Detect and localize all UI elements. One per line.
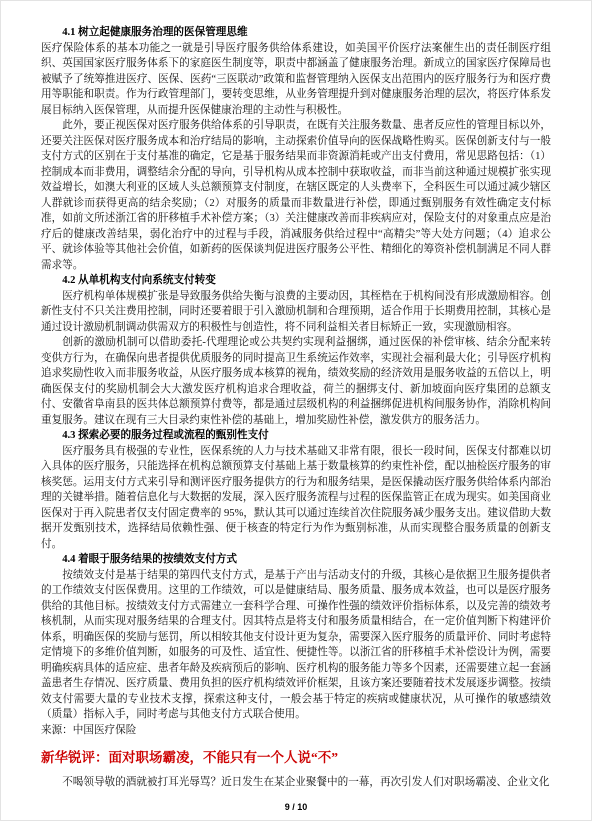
- paragraph: 按绩效支付是基于结果的第四代支付方式，是基于产出与活动支付的升级，其核心是依据卫…: [41, 568, 551, 723]
- article-news-commentary: 新华锐评：面对职场霸凌，不能只有一个人说“不” 不喝领导敬的酒就被打耳光辱骂？近…: [41, 747, 551, 791]
- paragraph: 医疗机构单体规模扩张是导致服务供给失衡与浪费的主要动因，其桎梏在于机构间没有形成…: [41, 289, 551, 336]
- page-number: 9 / 10: [41, 802, 551, 812]
- source-attribution: 来源：中国医疗保险: [41, 723, 551, 739]
- paragraph: 创新的激励机制可以借助委托-代理理论或公共契约实现利益捆绑，通过医保的补偿审核、…: [41, 335, 551, 428]
- paragraph: 此外，要正视医保对医疗服务供给体系的引导职责，在既有关注服务数量、患者反应性的管…: [41, 118, 551, 273]
- document-page: 4.1 树立起健康服务治理的医保管理思维 医疗保险体系的基本功能之一就是引导医疗…: [0, 0, 592, 821]
- article-payment-reform: 4.1 树立起健康服务治理的医保管理思维 医疗保险体系的基本功能之一就是引导医疗…: [41, 25, 551, 738]
- paragraph: 医疗服务具有极强的专业性，医保系统的人力与技术基础又非常有限，很长一段时间，医保…: [41, 444, 551, 553]
- news-headline: 新华锐评：面对职场霸凌，不能只有一个人说“不”: [41, 747, 551, 768]
- section-heading-4-4: 4.4 着眼于服务结果的按绩效支付方式: [41, 552, 551, 568]
- section-heading-4-1: 4.1 树立起健康服务治理的医保管理思维: [41, 25, 551, 41]
- section-heading-4-3: 4.3 探索必要的服务过程或流程的甄别性支付: [41, 428, 551, 444]
- news-lead-paragraph: 不喝领导敬的酒就被打耳光辱骂？近日发生在某企业聚餐中的一幕，再次引发人们对职场霸…: [41, 775, 551, 791]
- paragraph: 医疗保险体系的基本功能之一就是引导医疗服务供给体系建设，如美国平价医疗法案催生出…: [41, 41, 551, 119]
- section-heading-4-2: 4.2 从单机构支付向系统支付转变: [41, 273, 551, 289]
